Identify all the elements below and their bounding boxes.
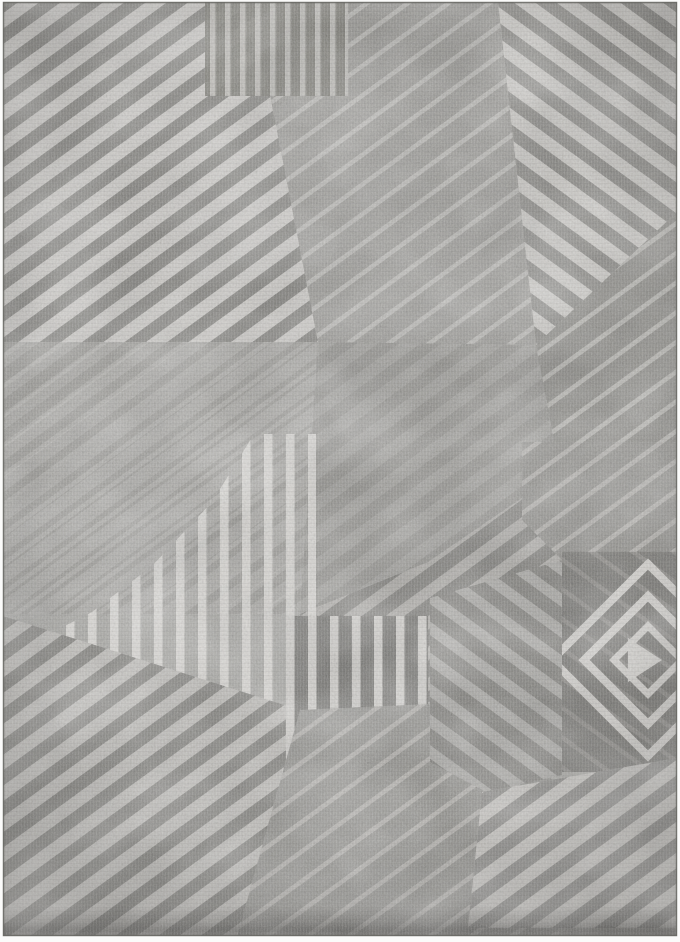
- vignette: [3, 2, 677, 936]
- rug-illustration: [0, 0, 680, 942]
- rug-product-photo: [0, 0, 680, 942]
- rug-pattern-group: [3, 2, 680, 941]
